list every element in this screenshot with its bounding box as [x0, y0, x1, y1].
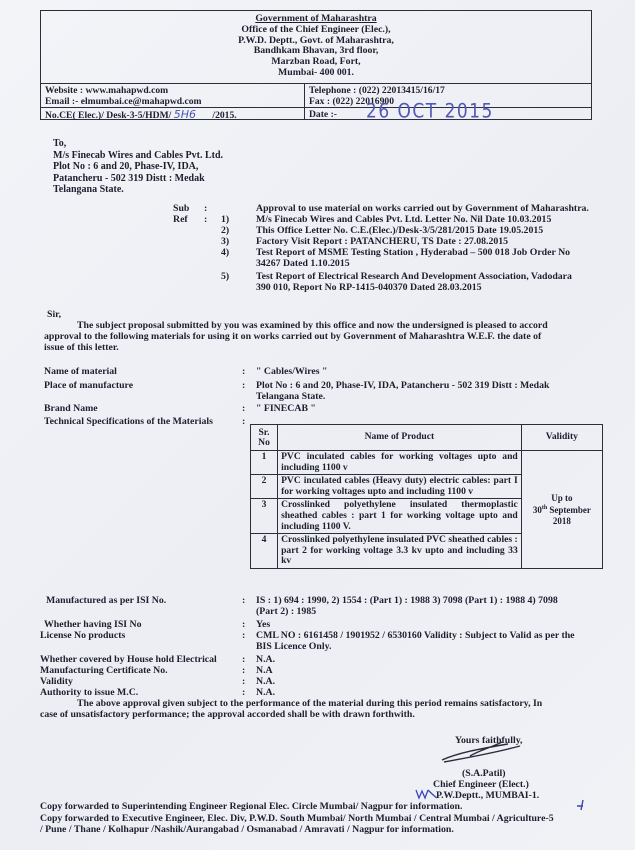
- ref-num: 3): [221, 236, 229, 247]
- header-sr-no: Sr.No: [251, 425, 278, 451]
- address-line: Office of the Chief Engineer (Elec.),: [41, 25, 591, 36]
- colon: :: [242, 654, 245, 665]
- colon: :: [242, 687, 245, 698]
- label-having-isi: Whether having ISI No: [44, 619, 142, 630]
- ref-item: M/s Finecab Wires and Cables Pvt. Ltd. L…: [256, 214, 551, 225]
- ref-num: 1): [221, 214, 229, 225]
- value-name-of-material: " Cables/Wires ": [256, 366, 327, 377]
- telephone-text: Telephone : (022) 22013415/16/17: [309, 85, 445, 96]
- header-validity: Validity: [521, 425, 602, 451]
- ref-num: 4): [221, 247, 229, 258]
- recipient-block: To, M/s Finecab Wires and Cables Pvt. Lt…: [53, 138, 223, 196]
- closing-paragraph: The above approval given subject to the …: [77, 698, 542, 709]
- colon: :: [242, 403, 245, 414]
- ref-label: Ref: [173, 214, 188, 225]
- signatory-name: (S.A.Patil): [462, 768, 506, 779]
- sub-colon: :: [204, 203, 207, 214]
- validity-cell: Up to 30th September 2018: [521, 451, 602, 569]
- sr-cell: 2: [251, 475, 278, 499]
- ref-no-suffix: /2015.: [212, 110, 236, 121]
- ref-item: This Office Letter No. C.E.(Elec.)/Desk-…: [256, 225, 543, 236]
- value-manufactured-isi: (Part 2) : 1985: [256, 606, 316, 617]
- copy-forward-line: Copy forwarded to Executive Engineer, El…: [40, 813, 554, 824]
- divider: [304, 83, 305, 119]
- ref-item: Test Report of Electrical Research And D…: [256, 271, 572, 282]
- header-no: No: [258, 437, 270, 448]
- signatory-designation: Chief Engineer (Elect.): [433, 779, 529, 790]
- ref-no-prefix: No.CE( Elec.)/ Desk-3-5/HDM/: [45, 110, 171, 121]
- label-brand-name: Brand Name: [44, 403, 98, 414]
- ref-item: 390 010, Report No RP-1415-040370 Dated …: [256, 282, 482, 293]
- ref-colon: :: [204, 214, 207, 225]
- colon: :: [242, 665, 245, 676]
- label-authority-mc: Authority to issue M.C.: [40, 687, 138, 698]
- value-manufactured-isi: IS : 1) 694 : 1990, 2) 1554 : (Part 1) :…: [256, 595, 558, 606]
- product-cell: Crosslinked polyethylene insulated PVC s…: [278, 534, 522, 569]
- value-license-no: CML NO : 6161458 / 1901952 / 6530160 Val…: [256, 630, 575, 641]
- product-cell: PVC inculated cables for working voltage…: [278, 451, 522, 475]
- tick-mark-icon: [575, 798, 591, 812]
- product-cell: PVC inculated cables (Heavy duty) electr…: [278, 475, 522, 499]
- letterhead-address: Government of Maharashtra Office of the …: [41, 14, 591, 79]
- label-validity: Validity: [40, 676, 73, 687]
- table-header-row: Sr.No Name of Product Validity: [251, 425, 603, 451]
- label-license-no: License No products: [40, 630, 125, 641]
- subject-text: Approval to use material on works carrie…: [256, 203, 589, 214]
- product-cell: Crosslinked polyethylene insulated therm…: [278, 499, 522, 534]
- validity-month: September: [547, 505, 591, 515]
- label-household-electrical: Whether covered by House hold Electrical: [40, 654, 217, 665]
- table-row: 1 PVC inculated cables for working volta…: [251, 451, 603, 475]
- letter-page: Government of Maharashtra Office of the …: [0, 0, 635, 850]
- value-manufacturing-certificate: N.A: [256, 665, 273, 676]
- date-stamp: 26 OCT 2015: [366, 100, 494, 123]
- value-place-of-manufacture: Telangana State.: [256, 391, 325, 402]
- colon: :: [242, 366, 245, 377]
- recipient-line: Plot No : 6 and 20, Phase-IV, IDA,: [53, 161, 223, 173]
- sr-cell: 3: [251, 499, 278, 534]
- label-manufacturing-certificate: Manufacturing Certificate No.: [40, 665, 168, 676]
- header-product: Name of Product: [278, 425, 522, 451]
- initials-ink-icon: [414, 786, 438, 800]
- ref-item: Factory Visit Report : PATANCHERU, TS Da…: [256, 236, 508, 247]
- label-name-of-material: Name of material: [44, 366, 117, 377]
- divider: [40, 107, 592, 108]
- label-manufactured-isi: Manufactured as per ISI No.: [46, 595, 166, 606]
- sr-cell: 1: [251, 451, 278, 475]
- signature-scribble-icon: [430, 738, 530, 766]
- label-technical-specifications: Technical Specifications of the Material…: [44, 416, 213, 427]
- body-paragraph: The subject proposal submitted by you wa…: [77, 320, 548, 331]
- colon: :: [242, 595, 245, 606]
- body-paragraph: approval to the following materials for …: [44, 331, 541, 342]
- sub-label: Sub: [173, 203, 189, 214]
- reference-number: No.CE( Elec.)/ Desk-3-5/HDM/ 5H6 /2015.: [45, 109, 237, 121]
- sr-cell: 4: [251, 534, 278, 569]
- validity-day: 30: [533, 505, 542, 515]
- colon: :: [242, 676, 245, 687]
- colon: :: [242, 630, 245, 641]
- value-license-no: BIS Licence Only.: [256, 641, 331, 652]
- colon: :: [242, 380, 245, 391]
- validity-year: 2018: [553, 516, 571, 526]
- to-label: To,: [53, 138, 223, 150]
- ref-item: Test Report of MSME Testing Station , Hy…: [256, 247, 570, 258]
- value-household-electrical: N.A.: [256, 654, 275, 665]
- handwritten-number: 5H6: [174, 108, 196, 121]
- salutation: Sir,: [47, 309, 61, 320]
- ref-num: 5): [221, 271, 229, 282]
- validity-line: Up to: [551, 493, 572, 503]
- recipient-line: M/s Finecab Wires and Cables Pvt. Ltd.: [53, 150, 223, 162]
- ref-item: 34267 Dated 1.10.2015: [256, 258, 350, 269]
- colon: :: [242, 619, 245, 630]
- label-place-of-manufacture: Place of manufacture: [44, 380, 133, 391]
- colon: :: [242, 416, 245, 427]
- letterhead-box: Government of Maharashtra Office of the …: [40, 10, 592, 120]
- email-text: Email :- elmumbai.ce@mahapwd.com: [45, 96, 202, 107]
- spec-table: Sr.No Name of Product Validity 1 PVC inc…: [250, 424, 603, 569]
- website-text: Website : www.mahapwd.com: [45, 85, 168, 96]
- date-label: Date :-: [309, 109, 337, 120]
- copy-forward-line: Copy forwarded to Superintending Enginee…: [40, 801, 462, 812]
- address-line: Mumbai- 400 001.: [41, 68, 591, 79]
- value-authority-mc: N.A.: [256, 687, 275, 698]
- recipient-line: Patancheru - 502 319 Distt : Medak: [53, 173, 223, 185]
- value-validity: N.A.: [256, 676, 275, 687]
- body-paragraph: issue of this letter.: [44, 342, 119, 353]
- value-having-isi: Yes: [256, 619, 270, 630]
- signatory-office: P.W.Deptt., MUMBAI-1.: [436, 790, 539, 801]
- recipient-line: Telangana State.: [53, 184, 223, 196]
- value-place-of-manufacture: Plot No : 6 and 20, Phase-IV, IDA, Patan…: [256, 380, 549, 391]
- closing-paragraph: case of unsatisfactory performance; the …: [40, 709, 415, 720]
- divider: [40, 83, 592, 84]
- ref-num: 2): [221, 225, 229, 236]
- copy-forward-line: / Pune / Thane / Kolhapur /Nashik/Aurang…: [40, 824, 454, 835]
- value-brand-name: " FINECAB ": [256, 403, 316, 414]
